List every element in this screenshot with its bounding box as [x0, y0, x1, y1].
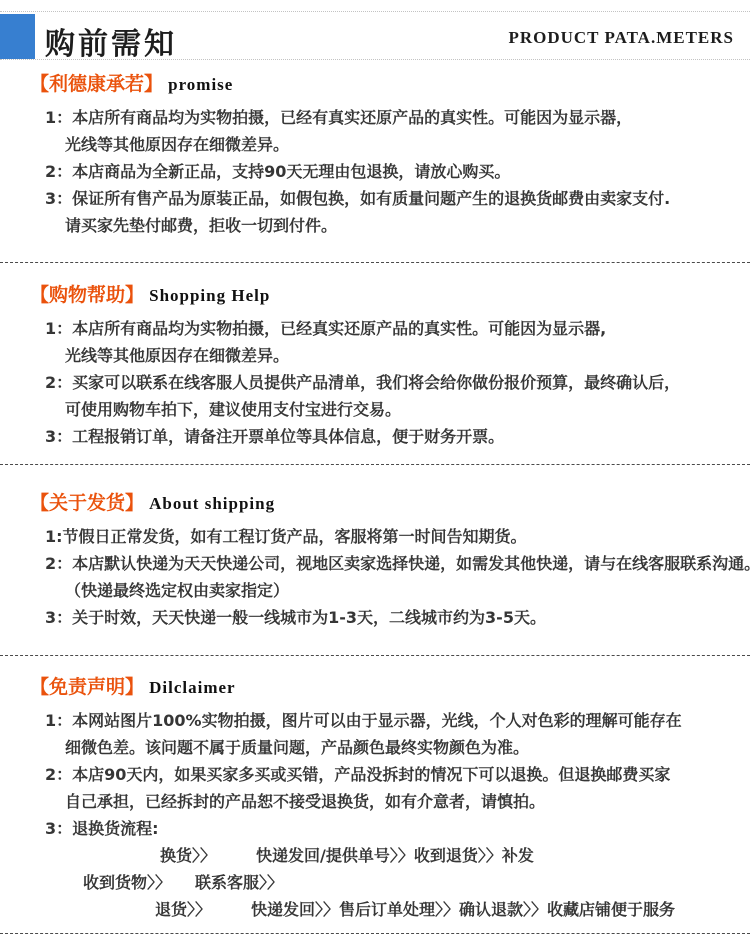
- notice-line: 光线等其他原因存在细微差异。: [30, 342, 738, 369]
- notice-line: 2：本店商品为全新正品，支持90天无理由包退换，请放心购买。: [30, 158, 738, 185]
- notice-line: 1：本店所有商品均为实物拍摄，已经有真实还原产品的真实性。可能因为显示器，: [30, 104, 738, 131]
- notice-line: 2：买家可以联系在线客服人员提供产品清单，我们将会给你做份报价预算，最终确认后，: [30, 369, 738, 396]
- section-title-en: Shopping Help: [149, 286, 270, 305]
- section-title: 【关于发货】 About shipping: [30, 491, 738, 516]
- notice-line: 1：本店所有商品均为实物拍摄，已经真实还原产品的真实性。可能因为显示器,: [30, 315, 738, 342]
- section-shopping-help: 【购物帮助】 Shopping Help 1：本店所有商品均为实物拍摄，已经真实…: [0, 263, 750, 465]
- section-title-en: promise: [168, 75, 233, 94]
- section-title: 【利德康承若】 promise: [30, 72, 738, 97]
- notice-line: 3：关于时效，天天快递一般一线城市为1-3天，二线城市约为3-5天。: [30, 604, 738, 631]
- return-flow-exchange: 换货〉〉 快递发回/提供单号〉〉收到退货〉〉补发: [30, 842, 738, 869]
- notice-line: 自己承担，已经拆封的产品恕不接受退换货，如有介意者，请慎拍。: [30, 788, 738, 815]
- notice-line: 2：本店90天内，如果买家多买或买错，产品没拆封的情况下可以退换。但退换邮费买家: [30, 761, 738, 788]
- notice-line: 1:节假日正常发货，如有工程订货产品，客服将第一时间告知期货。: [30, 523, 738, 550]
- section-promise: 【利德康承若】 promise 1：本店所有商品均为实物拍摄，已经有真实还原产品…: [0, 60, 750, 263]
- return-flow-refund: 退货〉〉 快递发回〉〉售后订单处理〉〉确认退款〉〉收藏店铺便于服务: [30, 896, 738, 923]
- section-about-shipping: 【关于发货】 About shipping 1:节假日正常发货，如有工程订货产品…: [0, 465, 750, 656]
- notice-line: 细微色差。该问题不属于质量问题，产品颜色最终实物颜色为准。: [30, 734, 738, 761]
- section-disclaimer: 【免责声明】 Dilclaimer 1：本网站图片100%实物拍摄，图片可以由于…: [0, 656, 750, 934]
- section-title-zh: 【关于发货】: [30, 492, 144, 514]
- section-title-zh: 【利德康承若】: [30, 73, 163, 95]
- page-header: 购前需知 PRODUCT PATA.METERS: [0, 11, 750, 60]
- page-title: 购前需知: [45, 19, 177, 63]
- section-title-en: About shipping: [149, 494, 275, 513]
- section-title-zh: 【购物帮助】: [30, 284, 144, 306]
- section-title-zh: 【免责声明】: [30, 676, 144, 698]
- notice-line: 可使用购物车拍下，建议使用支付宝进行交易。: [30, 396, 738, 423]
- notice-line: 3：工程报销订单，请备注开票单位等具体信息，便于财务开票。: [30, 423, 738, 450]
- notice-line: 3：退换货流程:: [30, 815, 738, 842]
- notice-line: 3：保证所有售产品为原装正品，如假包换，如有质量问题产生的退换货邮费由卖家支付.: [30, 185, 738, 212]
- return-flow-receive: 收到货物〉〉 联系客服〉〉: [30, 869, 738, 896]
- section-title-en: Dilclaimer: [149, 678, 235, 697]
- notice-line: 请买家先垫付邮费，拒收一切到付件。: [30, 212, 738, 239]
- blue-accent-block: [0, 14, 35, 59]
- section-title: 【购物帮助】 Shopping Help: [30, 283, 738, 308]
- notice-line: 1：本网站图片100%实物拍摄，图片可以由于显示器，光线，个人对色彩的理解可能存…: [30, 707, 738, 734]
- notice-line: 2：本店默认快递为天天快递公司，视地区卖家选择快递，如需发其他快递，请与在线客服…: [30, 550, 738, 577]
- section-title: 【免责声明】 Dilclaimer: [30, 675, 738, 700]
- page-subtitle: PRODUCT PATA.METERS: [508, 28, 734, 48]
- purchase-notice-page: 购前需知 PRODUCT PATA.METERS 【利德康承若】 promise…: [0, 0, 750, 934]
- notice-line: （快递最终选定权由卖家指定）: [30, 577, 738, 604]
- notice-line: 光线等其他原因存在细微差异。: [30, 131, 738, 158]
